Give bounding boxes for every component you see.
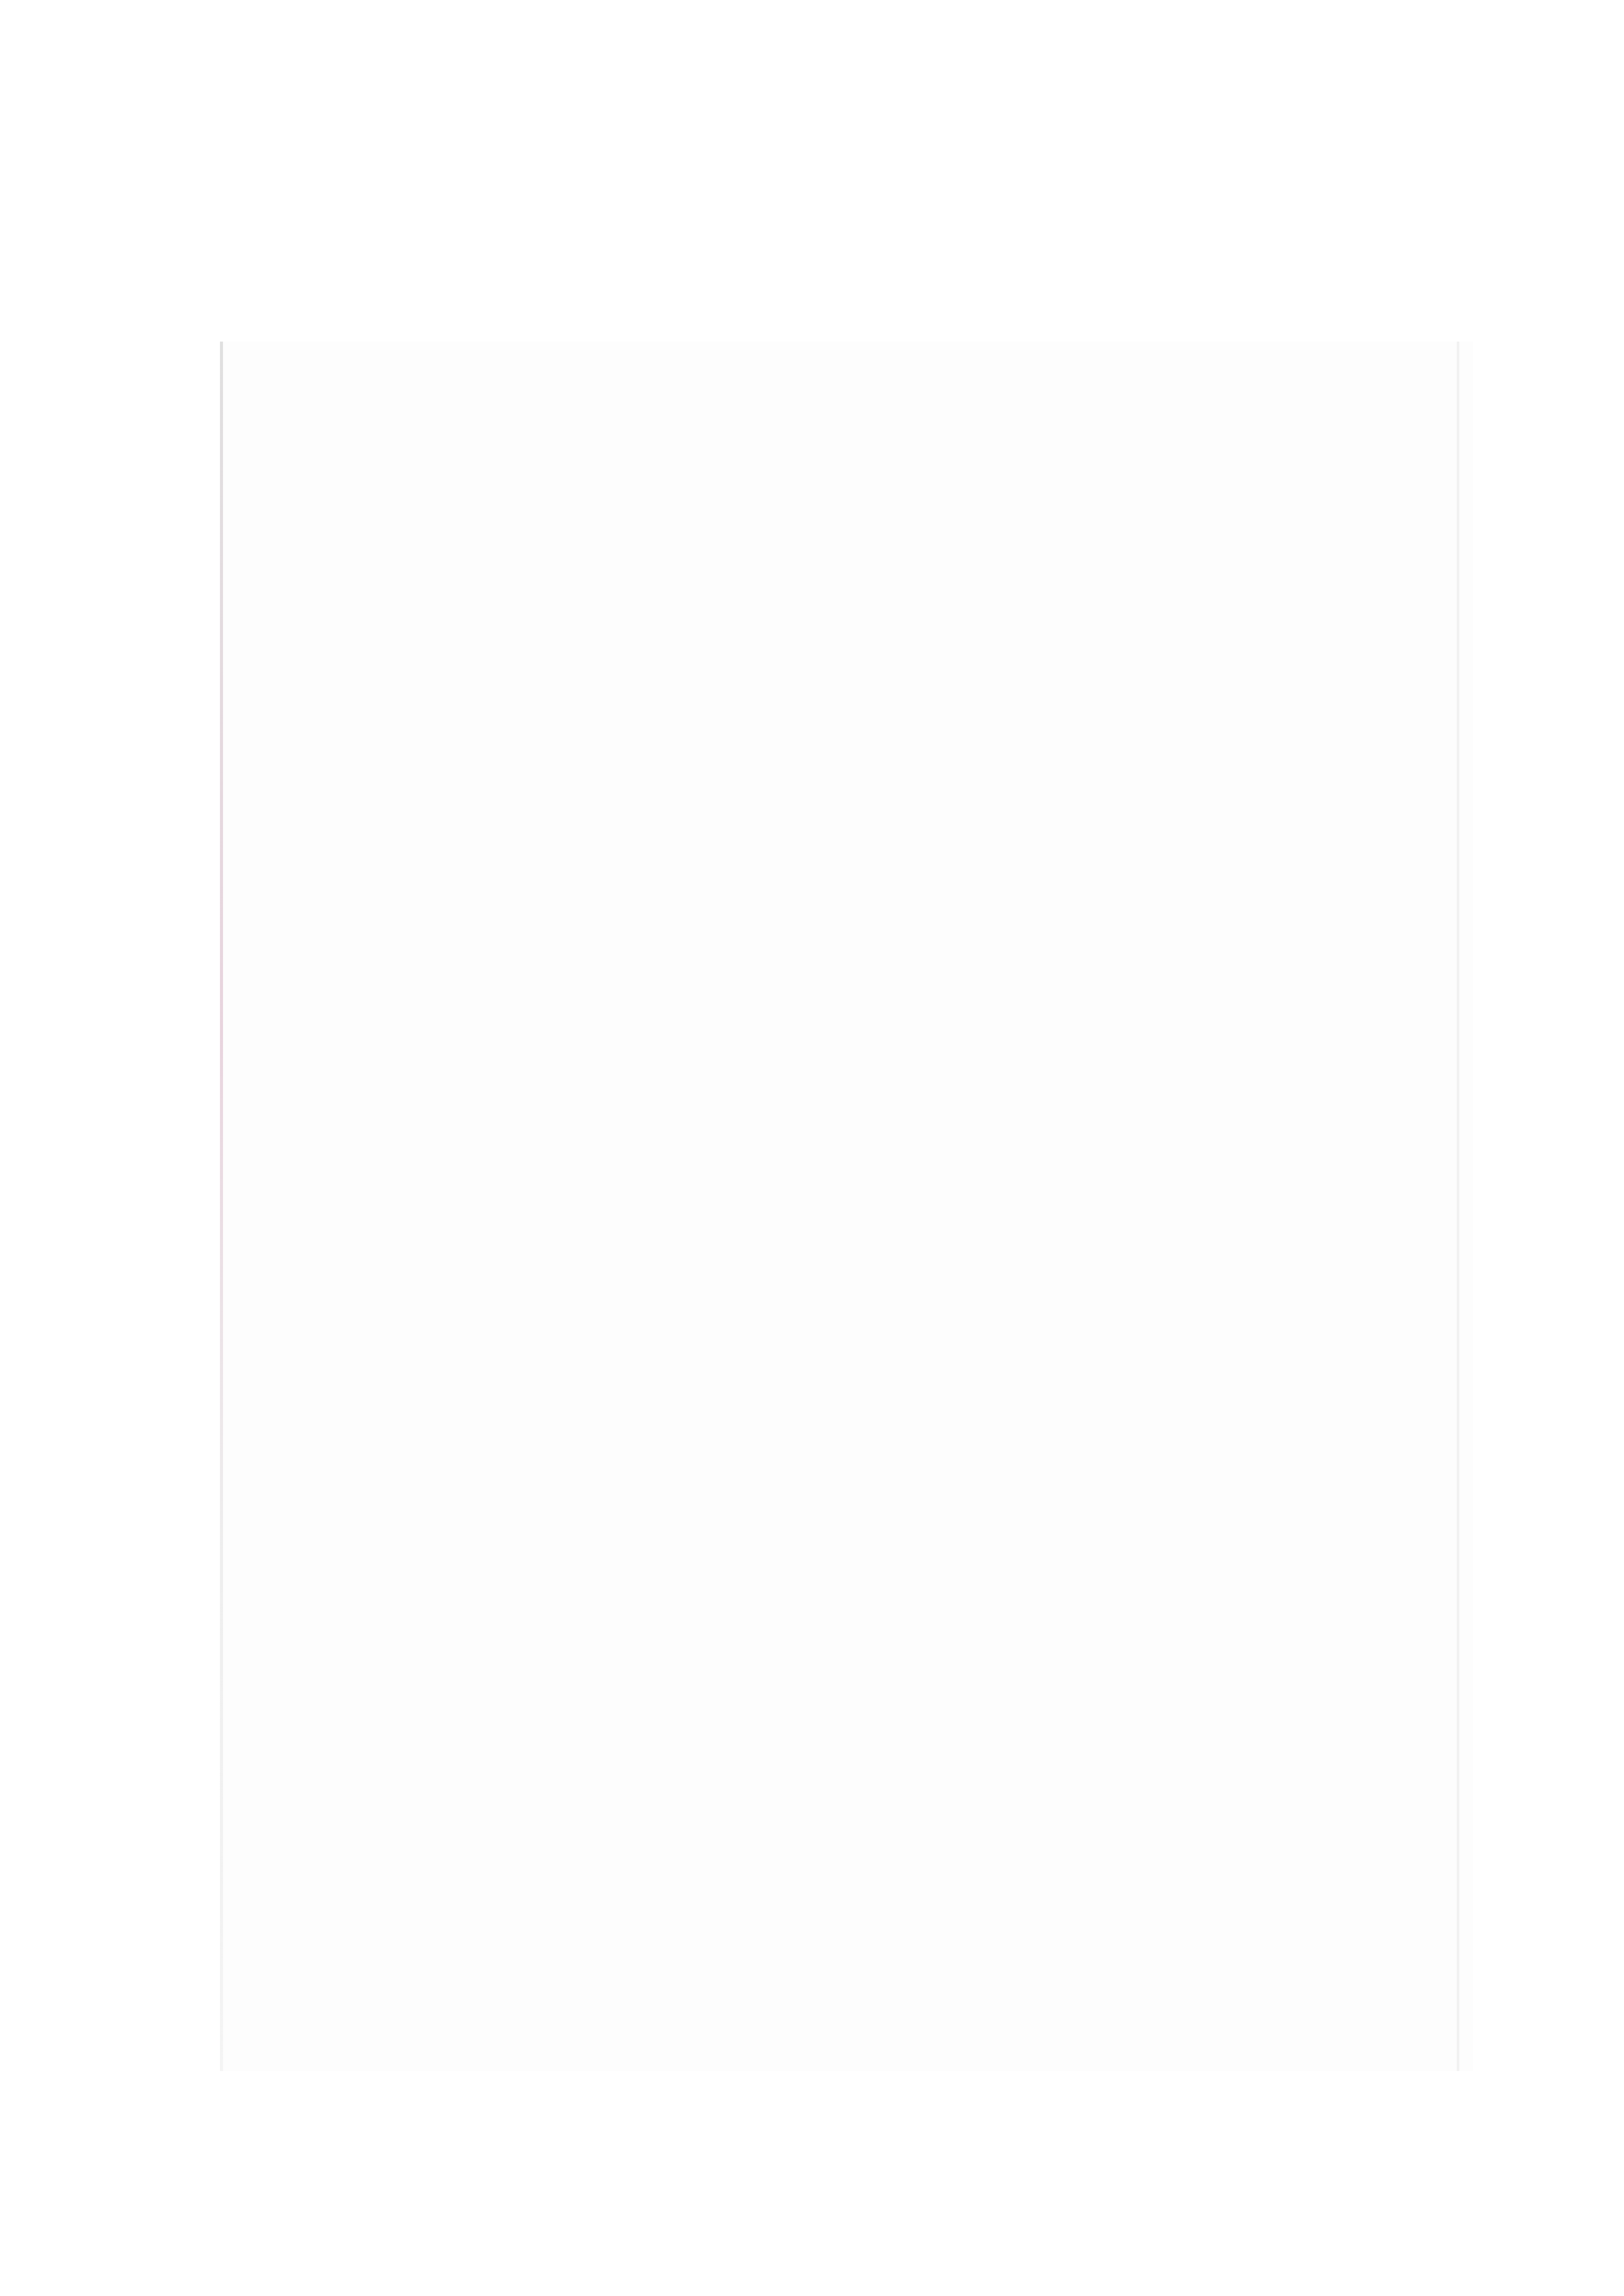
scan-edge-left — [220, 342, 223, 2071]
scan-edge-right — [1457, 342, 1459, 2071]
scanned-notice — [220, 342, 1473, 2071]
